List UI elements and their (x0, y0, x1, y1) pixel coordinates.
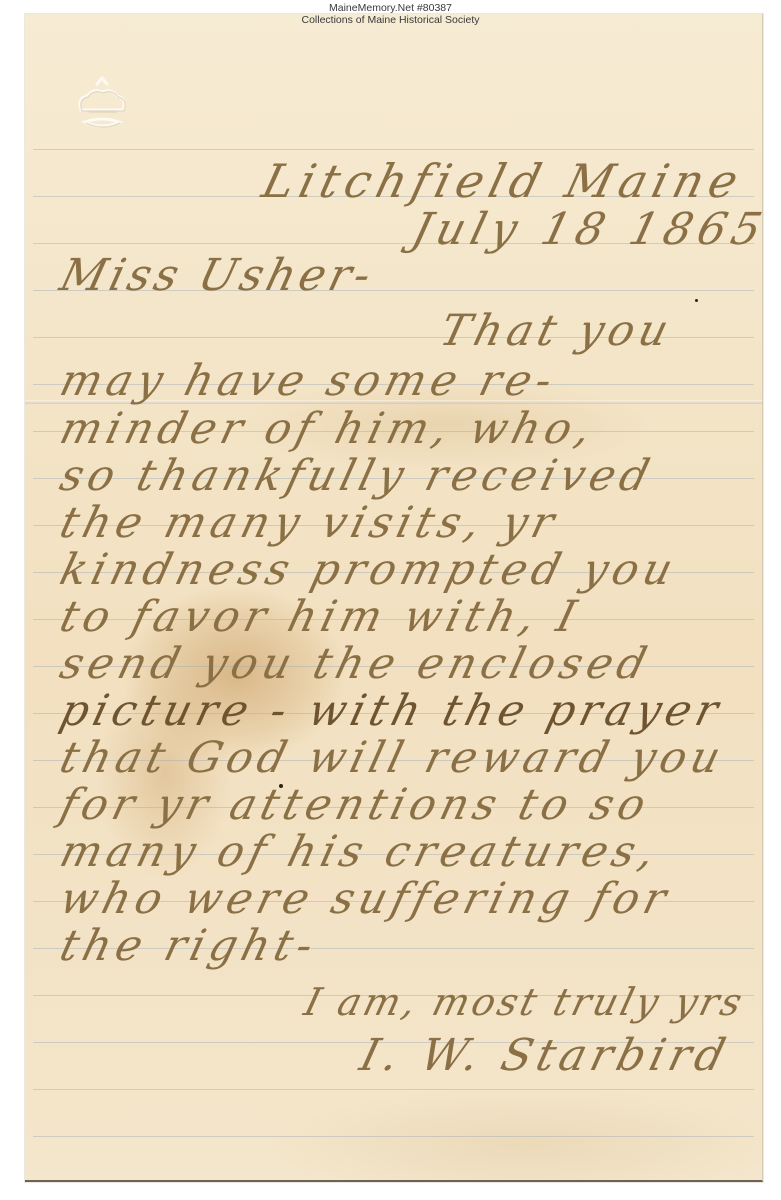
letter-place: Litchfield Maine (257, 154, 749, 208)
ink-speck (279, 784, 283, 788)
body-line: so thankfully received (55, 451, 659, 501)
ink-speck (695, 299, 698, 302)
body-line: many of his creatures, (55, 827, 665, 877)
body-line: minder of him, who, (55, 404, 601, 454)
letter-salutation: Miss Usher- (55, 250, 380, 301)
body-line: kindness prompted you (55, 545, 683, 595)
body-line: the many visits, yr (55, 498, 564, 548)
letter-closing: I am, most truly yrs (300, 980, 749, 1024)
body-line: that God will reward you (55, 733, 730, 783)
record-id: MaineMemory.Net #80387 (0, 0, 781, 14)
body-line: That you (435, 306, 678, 356)
ruled-line (33, 149, 754, 150)
letter-date: July 18 1865 (407, 204, 773, 255)
body-line: who were suffering for (55, 874, 676, 924)
body-line: the right- (55, 921, 323, 971)
crown-icon (67, 70, 137, 140)
collection-credit: Collections of Maine Historical Society (0, 14, 781, 26)
ruled-line (33, 1089, 754, 1090)
body-line: to favor him with, I (55, 592, 586, 642)
letter-page: Litchfield Maine July 18 1865 Miss Usher… (25, 14, 763, 1182)
body-line: for yr attentions to so (55, 780, 655, 830)
body-line: send you the enclosed (55, 639, 656, 689)
body-line: picture - with the prayer (55, 686, 728, 736)
letter-signature: I. W. Starbird (355, 1030, 735, 1081)
ruled-line (33, 1136, 754, 1137)
body-line: may have some re- (55, 356, 562, 406)
collection-header: MaineMemory.Net #80387 Collections of Ma… (0, 0, 781, 26)
